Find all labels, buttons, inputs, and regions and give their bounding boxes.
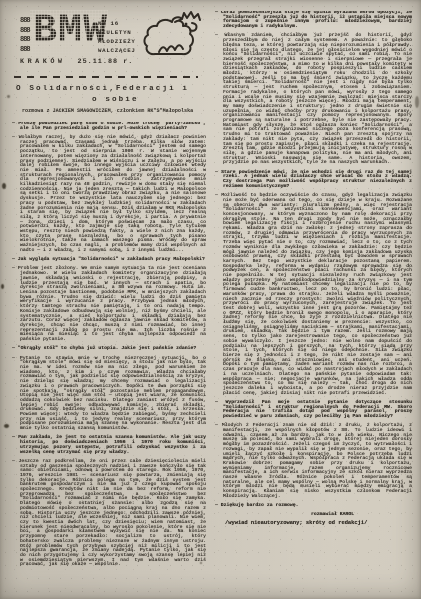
bmw-logo: BMW	[33, 10, 108, 54]
scan-speck	[415, 96, 419, 108]
interview-answer: — Młodych z Federacji znam nie od dziś: …	[215, 424, 412, 499]
closing-thanks: — Dziękuję bardzo za rozmowę.	[215, 504, 412, 509]
interview-question: — Stare powiedzenie mówi, że nie wchodzi…	[215, 171, 412, 190]
interview-question: — Pan zakłada, że jest to ostatnia szans…	[12, 436, 206, 455]
scan-speck	[7, 95, 10, 98]
interview-answer: — Problem jest złożony. We mnie samym sy…	[12, 267, 206, 342]
issue-number: NR 16	[98, 19, 136, 28]
date-label: 25.11.88 r.	[77, 58, 133, 66]
interview-answer: — Jeszcze raz podkreślam, że oni przez c…	[12, 460, 206, 568]
eagle-doodle-icon	[142, 9, 204, 61]
masthead: NR 16 BIULETYN MŁODZIEŻY WALCZĄCEJ	[98, 19, 136, 55]
interview-answer: — Możliwość to będzie oczywiście do czas…	[215, 194, 412, 396]
right-column: — Coraz powszechniejsza staje się opinia…	[215, 11, 412, 589]
article-subtitle: rozmowa z JACKIEM SMAGOWICZEM, członkiem…	[22, 108, 193, 114]
masthead-line: MŁODZIEŻY	[98, 37, 136, 46]
interview-question: — Proszę powiedzieć parę słów o sobie. M…	[12, 122, 206, 131]
interview-question: — Wyprzedził Pan moje ostatnie pytanie d…	[215, 401, 412, 420]
editorial-note: /wywiad nieautoryzowany; skróty od redak…	[215, 521, 412, 526]
scan-speck	[1, 284, 4, 289]
interviewer-credit: rozmawiał KAROL	[215, 513, 412, 518]
city-label: KRAKÓW	[20, 58, 65, 66]
article-title-line1: O Solidarności,Federacji i	[16, 85, 189, 93]
bulletin-scan-page: 888 888 888 888 BMW NR 16 BIULETYN MŁODZ…	[0, 0, 421, 599]
scan-speck	[4, 424, 9, 428]
interview-question: — Coraz powszechniejsza staje się opinia…	[215, 11, 412, 30]
masthead-line: BIULETYN	[98, 28, 136, 37]
dateline: KRAKÓW25.11.88 r.	[20, 58, 133, 66]
interview-question: — "Okrągły stół" to chyba już utopia. Ja…	[12, 347, 206, 352]
logo-halftone-shadow: 888 888 888 888	[20, 17, 30, 55]
left-column: — Proszę powiedzieć parę słów o sobie. M…	[12, 122, 206, 588]
interview-answer: — Wolałbym raczej, by dużo się nie mówić…	[12, 136, 206, 254]
scan-speck	[200, 562, 202, 564]
interview-question: — Jak wygląda sytuacja "Solidarności" w …	[12, 258, 206, 263]
interview-answer: — Pytanie to stawia mnie w trochę niezrę…	[12, 357, 206, 432]
masthead-line: WALCZĄCEJ	[98, 46, 136, 55]
scan-speck	[2, 183, 6, 189]
dashed-divider	[14, 76, 198, 78]
article-title-line2: o sobie	[92, 96, 139, 104]
interview-answer: — Własnym zdaniem, chciałbym już przejść…	[215, 34, 412, 166]
